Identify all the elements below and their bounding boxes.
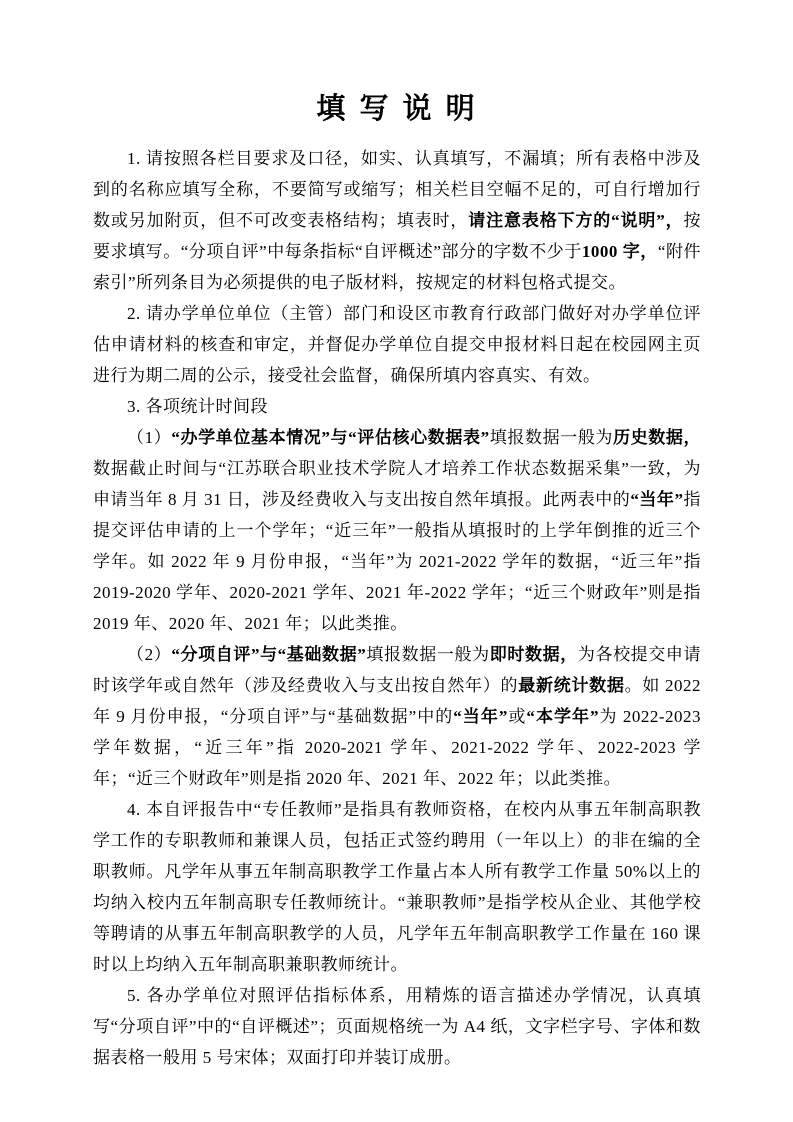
document-page: 填 写 说 明 1. 请按照各栏目要求及口径，如实、认真填写，不漏填；所有表格中… xyxy=(0,0,793,1122)
bold-text-run: 最新统计数据 xyxy=(518,676,624,695)
paragraph: 5. 各办学单位对照评估指标体系，用精炼的语言描述办学情况，认真填写“分项自评”… xyxy=(93,980,701,1073)
paragraph: 3. 各项统计时间段 xyxy=(93,391,701,422)
paragraph: 2. 请办学单位单位（主管）部门和设区市教育行政部门做好对办学单位评估申请材料的… xyxy=(93,298,701,391)
text-run: 或 xyxy=(508,707,527,726)
paragraph: 4. 本自评报告中“专任教师”是指具有教师资格，在校内从事五年制高职教学工作的专… xyxy=(93,794,701,980)
text-run: 数据截止时间与“江苏联合职业技术学院人才培养工作状态数据采集”一致，为申请当年 … xyxy=(93,459,701,509)
bold-text-run: “当年” xyxy=(630,490,683,509)
bold-text-run: “分项自评”与“基础数据” xyxy=(171,645,366,664)
text-run: 4. 本自评报告中“专任教师”是指具有教师资格，在校内从事五年制高职教学工作的专… xyxy=(93,800,701,974)
bold-text-run: “本学年” xyxy=(526,707,599,726)
text-run: 2. 请办学单位单位（主管）部门和设区市教育行政部门做好对办学单位评估申请材料的… xyxy=(93,304,701,385)
paragraph: （1）“办学单位基本情况”与“评估核心数据表”填报数据一般为历史数据，数据截止时… xyxy=(93,422,701,639)
text-run: 指提交评估申请的上一个学年；“近三年”一般指从填报时的上学年倒推的近三个学年。如… xyxy=(93,490,701,633)
bold-text-run: 历史数据， xyxy=(613,428,701,447)
text-run: （2） xyxy=(127,645,171,664)
bold-text-run: 请注意表格下方的“说明”， xyxy=(468,211,683,230)
text-run: 5. 各办学单位对照评估指标体系，用精炼的语言描述办学情况，认真填写“分项自评”… xyxy=(93,986,701,1067)
text-run: 填报数据一般为 xyxy=(490,428,613,447)
bold-text-run: “当年” xyxy=(453,707,508,726)
document-title: 填 写 说 明 xyxy=(93,92,701,127)
document-paragraphs: 1. 请按照各栏目要求及口径，如实、认真填写，不漏填；所有表格中涉及到的名称应填… xyxy=(93,143,701,1073)
text-run: 填报数据一般为 xyxy=(366,645,489,664)
bold-text-run: 1000 字， xyxy=(582,242,658,261)
paragraph: （2）“分项自评”与“基础数据”填报数据一般为即时数据，为各校提交申请时该学年或… xyxy=(93,639,701,794)
paragraph: 1. 请按照各栏目要求及口径，如实、认真填写，不漏填；所有表格中涉及到的名称应填… xyxy=(93,143,701,298)
text-run: 3. 各项统计时间段 xyxy=(127,397,268,416)
text-run: （1） xyxy=(127,428,171,447)
bold-text-run: “办学单位基本情况”与“评估核心数据表” xyxy=(171,428,489,447)
bold-text-run: 即时数据， xyxy=(490,645,578,664)
